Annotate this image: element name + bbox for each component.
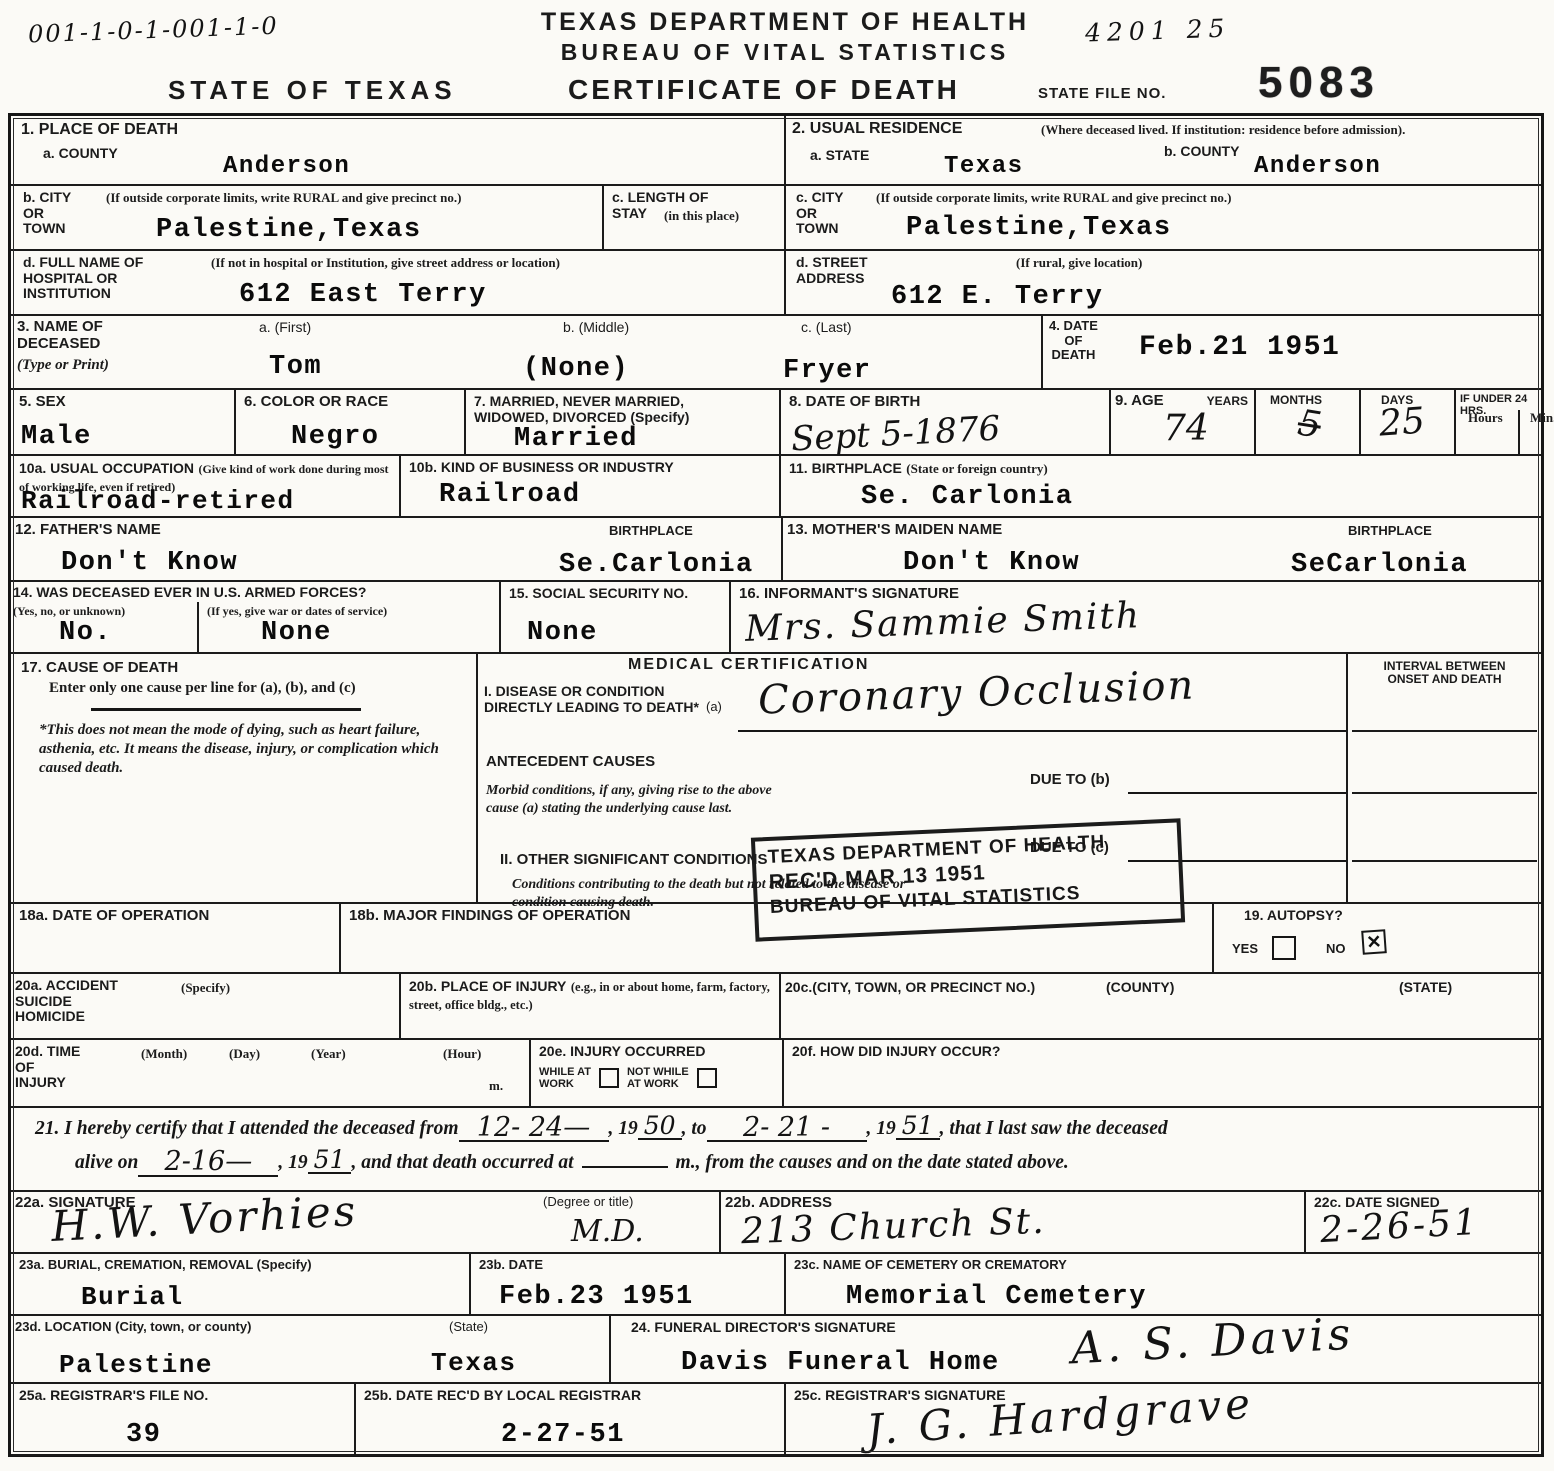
form-row: 20a. ACCIDENT SUICIDE HOMICIDE (Specify)… — [11, 974, 1541, 1040]
form-row: 10a. USUAL OCCUPATION (Give kind of work… — [11, 456, 1541, 518]
mothers-birthplace-label: BIRTHPLACE — [1348, 524, 1432, 539]
section-interval: INTERVAL BETWEEN ONSET AND DEATH — [1348, 654, 1541, 902]
medical-certification-title: MEDICAL CERTIFICATION — [628, 656, 869, 674]
cause-note-2: *This does not mean the mode of dying, s… — [39, 721, 439, 777]
industry-label: 10b. KIND OF BUSINESS OR INDUSTRY — [409, 460, 771, 476]
injury-city-label: 20c.(CITY, TOWN, OR PRECINCT NO.) — [785, 980, 1035, 996]
funeral-home-value: Davis Funeral Home — [681, 1348, 1000, 1378]
mothers-name-value: Don't Know — [903, 548, 1080, 578]
cause-note-1: Enter only one cause per line for (a), (… — [49, 679, 419, 699]
antecedent-causes-label: ANTECEDENT CAUSES — [486, 754, 655, 771]
section-physician-address: 22b. ADDRESS 213 Church St. — [721, 1192, 1306, 1252]
residence-state-label: a. STATE — [810, 148, 869, 164]
section-date-of-operation: 18a. DATE OF OPERATION — [11, 904, 341, 972]
city-hint: (If outside corporate limits, write RURA… — [106, 190, 586, 206]
funeral-director-signature: A. S. Davis — [1070, 1309, 1356, 1375]
form-row: 5. SEX Male 6. COLOR OR RACE Negro 7. MA… — [11, 390, 1541, 456]
fathers-birthplace-label: BIRTHPLACE — [609, 524, 693, 539]
last-name-label: c. (Last) — [801, 320, 852, 336]
street-address-value: 612 E. Terry — [891, 282, 1103, 312]
certify-text-5: m., from the causes and on the date stat… — [676, 1152, 1069, 1174]
section-place-of-death: 1. PLACE OF DEATH a. COUNTY Anderson b. … — [11, 116, 786, 314]
section-injury-occurred: 20e. INJURY OCCURRED WHILE AT WORK NOT W… — [531, 1040, 784, 1106]
while-at-work-checkbox — [599, 1068, 619, 1088]
informant-signature: Mrs. Sammie Smith — [744, 595, 1141, 650]
mothers-birthplace-value: SeCarlonia — [1291, 550, 1468, 580]
certificate-form: 1. PLACE OF DEATH a. COUNTY Anderson b. … — [8, 113, 1544, 1457]
injury-occurred-options: WHILE AT WORK NOT WHILE AT WORK — [539, 1066, 774, 1091]
residence-city-value: Palestine,Texas — [906, 213, 1172, 243]
place-of-death-county: 1. PLACE OF DEATH a. COUNTY Anderson — [11, 116, 784, 186]
section-marital-status: 7. MARRIED, NEVER MARRIED, WIDOWED, DIVO… — [466, 390, 781, 454]
date-of-death-label: 4. DATE OF DEATH — [1049, 319, 1098, 363]
date-of-death-value: Feb.21 1951 — [1139, 332, 1340, 363]
armed-forces-hint1: (Yes, no, or unknown) — [13, 604, 125, 619]
middle-name-label: b. (Middle) — [563, 320, 629, 336]
sex-label: 5. SEX — [19, 394, 226, 411]
form-row: 25a. REGISTRAR'S FILE NO. 39 25b. DATE R… — [11, 1384, 1541, 1456]
attended-from-value: 12- 24— — [459, 1116, 609, 1142]
age-days-value: 25 — [1378, 400, 1427, 444]
section-usual-residence: 2. USUAL RESIDENCE (Where deceased lived… — [786, 116, 1541, 314]
section-accident-suicide-homicide: 20a. ACCIDENT SUICIDE HOMICIDE (Specify) — [11, 974, 401, 1038]
burial-date-label: 23b. DATE — [479, 1258, 776, 1273]
not-while-at-work-label: NOT WHILE AT WORK — [627, 1066, 689, 1091]
section-color-or-race: 6. COLOR OR RACE Negro — [236, 390, 466, 454]
time-of-injury-label: 20d. TIME OF INJURY — [15, 1044, 80, 1091]
certify-line-1: 21. I hereby certify that I attended the… — [35, 1114, 1521, 1140]
header-state-of-texas: STATE OF TEXAS — [168, 76, 457, 105]
interval-rule-a — [1352, 730, 1537, 732]
certify-text-3: alive on — [75, 1152, 138, 1174]
interval-label: INTERVAL BETWEEN ONSET AND DEATH — [1356, 660, 1533, 687]
section-registrar-date: 25b. DATE REC'D BY LOCAL REGISTRAR 2-27-… — [356, 1384, 786, 1454]
length-of-stay-hint: (in this place) — [664, 208, 739, 224]
section-birthplace: 11. BIRTHPLACE (State or foreign country… — [781, 456, 1541, 516]
ssn-value: None — [527, 618, 598, 648]
degree-label: (Degree or title) — [543, 1195, 633, 1210]
accident-label: 20a. ACCIDENT SUICIDE HOMICIDE — [15, 978, 118, 1025]
how-injury-label: 20f. HOW DID INJURY OCCUR? — [792, 1044, 1533, 1060]
antecedent-note: Morbid conditions, if any, giving rise t… — [486, 782, 786, 817]
autopsy-no-checkbox-x-icon: ✕ — [1361, 929, 1387, 955]
certify-year1-pre: , 19 — [609, 1118, 638, 1140]
section-cause-of-death: 17. CAUSE OF DEATH Enter only one cause … — [11, 654, 478, 902]
occupation-value: Railroad-retired — [21, 486, 295, 516]
handwritten-numbers: 4201 25 — [1085, 13, 1231, 47]
injury-day-label: (Day) — [229, 1046, 260, 1062]
form-row: 22a. SIGNATURE H.W. Vorhies (Degree or t… — [11, 1192, 1541, 1254]
birthplace-value: Se. Carlonia — [861, 482, 1073, 512]
burial-value: Burial — [81, 1282, 184, 1312]
section-physician-signature: 22a. SIGNATURE H.W. Vorhies (Degree or t… — [11, 1192, 721, 1252]
injury-year-label: (Year) — [311, 1046, 346, 1062]
hours-min-divider — [1518, 410, 1520, 454]
while-at-work-label: WHILE AT WORK — [539, 1066, 591, 1091]
registrar-date-label: 25b. DATE REC'D BY LOCAL REGISTRAR — [364, 1388, 776, 1404]
section-ssn: 15. SOCIAL SECURITY NO. None — [501, 582, 731, 652]
other-significant-conditions-label: II. OTHER SIGNIFICANT CONDITIONS — [500, 852, 768, 869]
registrar-file-value: 39 — [126, 1420, 161, 1450]
burial-date-value: Feb.23 1951 — [499, 1282, 694, 1312]
section-certify-statement: 21. I hereby certify that I attended the… — [11, 1108, 1541, 1192]
section-age-under24: IF UNDER 24 HRS. Hours Min. — [1456, 390, 1541, 454]
residence-city-label: c. CITY OR TOWN — [796, 190, 843, 237]
cemetery-value: Memorial Cemetery — [846, 1282, 1147, 1312]
attended-to-year: 51 — [896, 1115, 940, 1140]
section-date-of-death: 4. DATE OF DEATH Feb.21 1951 — [1043, 316, 1541, 388]
residence-county-value: Anderson — [1254, 153, 1381, 180]
section-sex: 5. SEX Male — [11, 390, 236, 454]
disease-condition-label: I. DISEASE OR CONDITION DIRECTLY LEADING… — [484, 684, 699, 715]
hospital-label: d. FULL NAME OF HOSPITAL OR INSTITUTION — [23, 255, 143, 302]
section-name-of-deceased: 3. NAME OF DECEASED (Type or Print) a. (… — [11, 316, 1043, 388]
injury-hour-label: (Hour) — [443, 1046, 481, 1062]
min-label: Min. — [1530, 410, 1554, 426]
attended-to-value: 2- 21 - — [707, 1116, 867, 1142]
section-burial-date: 23b. DATE Feb.23 1951 — [471, 1254, 786, 1314]
age-years-label: YEARS — [1207, 395, 1248, 408]
location-state-value: Texas — [431, 1348, 517, 1378]
middle-name-value: (None) — [523, 354, 629, 384]
residence-state-county: 2. USUAL RESIDENCE (Where deceased lived… — [786, 116, 1541, 186]
section-usual-occupation: 10a. USUAL OCCUPATION (Give kind of work… — [11, 456, 401, 516]
hospital-hint: (If not in hospital or Institution, give… — [211, 255, 560, 271]
date-of-operation-label: 18a. DATE OF OPERATION — [19, 908, 331, 925]
place-of-death-title: 1. PLACE OF DEATH — [21, 121, 178, 139]
hospital-field: d. FULL NAME OF HOSPITAL OR INSTITUTION … — [11, 251, 784, 316]
form-row: 23a. BURIAL, CREMATION, REMOVAL (Specify… — [11, 1254, 1541, 1316]
section-industry: 10b. KIND OF BUSINESS OR INDUSTRY Railro… — [401, 456, 781, 516]
section-armed-forces: 14. WAS DECEASED EVER IN U.S. ARMED FORC… — [11, 582, 501, 652]
industry-value: Railroad — [439, 480, 581, 510]
autopsy-label: 19. AUTOPSY? — [1244, 908, 1343, 924]
form-row: 12. FATHER'S NAME BIRTHPLACE Don't Know … — [11, 518, 1541, 582]
usual-residence-title: 2. USUAL RESIDENCE — [792, 120, 962, 138]
section-age-days: DAYS 25 — [1361, 390, 1456, 454]
certify-text-4: , and that death occurred at — [351, 1152, 573, 1174]
street-address-hint: (If rural, give location) — [1016, 255, 1142, 271]
injury-m-label: m. — [489, 1078, 503, 1094]
section-mothers-name: 13. MOTHER'S MAIDEN NAME BIRTHPLACE Don'… — [783, 518, 1541, 580]
armed-forces-hint2: (If yes, give war or dates of service) — [207, 604, 387, 619]
state-file-no-value: 5083 — [1258, 58, 1380, 107]
certify-text-1: 21. I hereby certify that I attended the… — [35, 1118, 459, 1140]
section-burial-location: 23d. LOCATION (City, town, or county) (S… — [11, 1316, 611, 1382]
certificate-header: 001-1-0-1-001-1-0 TEXAS DEPARTMENT OF HE… — [0, 0, 1554, 113]
autopsy-yes-checkbox — [1272, 936, 1296, 960]
injury-state-label: (STATE) — [1399, 980, 1452, 996]
marital-label: 7. MARRIED, NEVER MARRIED, WIDOWED, DIVO… — [474, 394, 771, 425]
accident-hint: (Specify) — [181, 980, 230, 996]
first-name-label: a. (First) — [259, 320, 311, 336]
cause-a-line — [738, 730, 1346, 732]
birth-date-value: Sept 5-1876 — [790, 409, 1001, 460]
cause-of-death-label: 17. CAUSE OF DEATH — [21, 660, 466, 677]
sex-value: Male — [21, 422, 92, 452]
section-fathers-name: 12. FATHER'S NAME BIRTHPLACE Don't Know … — [11, 518, 783, 580]
section-informant: 16. INFORMANT'S SIGNATURE Mrs. Sammie Sm… — [731, 582, 1541, 652]
registrar-date-value: 2-27-51 — [501, 1420, 625, 1450]
not-while-at-work-checkbox — [697, 1068, 717, 1088]
cemetery-label: 23c. NAME OF CEMETERY OR CREMATORY — [794, 1258, 1533, 1273]
location-state-label: (State) — [449, 1320, 488, 1335]
section-injury-city: 20c.(CITY, TOWN, OR PRECINCT NO.) (COUNT… — [781, 974, 1541, 1038]
location-label: 23d. LOCATION (City, town, or county) — [15, 1320, 251, 1335]
cause-divider-rule — [91, 708, 361, 711]
section-burial: 23a. BURIAL, CREMATION, REMOVAL (Specify… — [11, 1254, 471, 1314]
city-or-town-field: b. CITY OR TOWN (If outside corporate li… — [11, 186, 604, 249]
section-age-months: MONTHS 5 — [1256, 390, 1361, 454]
armed-forces-label: 14. WAS DECEASED EVER IN U.S. ARMED FORC… — [13, 585, 366, 601]
section-funeral-director: 24. FUNERAL DIRECTOR'S SIGNATURE Davis F… — [611, 1316, 1541, 1382]
street-address-label: d. STREET ADDRESS — [796, 255, 868, 286]
autopsy-no-label: NO — [1326, 942, 1346, 957]
autopsy-yes-label: YES — [1232, 942, 1258, 957]
attended-from-year: 50 — [638, 1115, 682, 1140]
header-bureau: BUREAU OF VITAL STATISTICS — [505, 40, 1065, 66]
fathers-name-value: Don't Know — [61, 548, 238, 578]
section-date-of-birth: 8. DATE OF BIRTH Sept 5-1876 — [781, 390, 1111, 454]
certify-year3-pre: , 19 — [278, 1152, 307, 1174]
section-date-signed: 22c. DATE SIGNED 2-26-51 — [1306, 1192, 1541, 1252]
first-name-value: Tom — [269, 352, 322, 382]
injury-county-label: (COUNTY) — [1106, 980, 1174, 996]
age-months-value: 5 — [1295, 402, 1324, 446]
date-signed-value: 2-26-51 — [1319, 1202, 1481, 1251]
last-alive-value: 2-16— — [138, 1150, 278, 1176]
last-alive-year: 51 — [308, 1149, 352, 1174]
section-time-of-injury: 20d. TIME OF INJURY (Month) (Day) (Year)… — [11, 1040, 531, 1106]
last-name-value: Fryer — [783, 356, 872, 386]
certify-to-text: , to — [682, 1118, 707, 1140]
ssn-label: 15. SOCIAL SECURITY NO. — [509, 586, 721, 602]
length-of-stay-field: c. LENGTH OF STAY (in this place) — [604, 186, 784, 249]
form-row: 20d. TIME OF INJURY (Month) (Day) (Year)… — [11, 1040, 1541, 1108]
form-row: 23d. LOCATION (City, town, or county) (S… — [11, 1316, 1541, 1384]
burial-label: 23a. BURIAL, CREMATION, REMOVAL (Specify… — [19, 1258, 461, 1273]
form-row: 3. NAME OF DECEASED (Type or Print) a. (… — [11, 316, 1541, 390]
type-or-print-hint: (Type or Print) — [17, 356, 109, 375]
usual-residence-hint: (Where deceased lived. If institution: r… — [1041, 122, 1481, 138]
county-value: Anderson — [223, 153, 350, 180]
interval-rule-b — [1352, 792, 1537, 794]
certify-text-2: , that I last saw the deceased — [940, 1118, 1168, 1140]
mothers-name-label: 13. MOTHER'S MAIDEN NAME — [787, 522, 1002, 539]
section-autopsy: 19. AUTOPSY? YES NO ✕ — [1214, 904, 1541, 972]
city-value: Palestine,Texas — [156, 215, 422, 245]
occupation-label: 10a. USUAL OCCUPATION — [19, 460, 194, 476]
birthplace-hint: (State or foreign country) — [906, 461, 1047, 476]
death-certificate-scan: 001-1-0-1-001-1-0 TEXAS DEPARTMENT OF HE… — [0, 0, 1554, 1471]
section-place-of-injury: 20b. PLACE OF INJURY (e.g., in or about … — [401, 974, 781, 1038]
due-to-b-line — [1128, 792, 1346, 794]
handwritten-code: 001-1-0-1-001-1-0 — [28, 12, 279, 49]
section-registrar-signature: 25c. REGISTRAR'S SIGNATURE J. G. Hardgra… — [786, 1384, 1541, 1454]
disease-condition-a-tag: (a) — [706, 700, 722, 715]
location-city-value: Palestine — [59, 1350, 213, 1380]
section-age-years: 9. AGE YEARS 74 — [1111, 390, 1256, 454]
residence-city-field: c. CITY OR TOWN (If outside corporate li… — [786, 186, 1541, 251]
registrar-file-label: 25a. REGISTRAR'S FILE NO. — [19, 1388, 346, 1404]
age-years-value: 74 — [1163, 408, 1209, 449]
section-cemetery: 23c. NAME OF CEMETERY OR CREMATORY Memor… — [786, 1254, 1541, 1314]
marital-value: Married — [514, 424, 638, 454]
due-to-b-label: DUE TO (b) — [1030, 772, 1110, 789]
residence-state-value: Texas — [944, 153, 1024, 180]
certificate-title: CERTIFICATE OF DEATH — [568, 74, 960, 105]
injury-occurred-label: 20e. INJURY OCCURRED — [539, 1044, 774, 1060]
header-department: TEXAS DEPARTMENT OF HEALTH — [505, 8, 1065, 36]
form-row: 1. PLACE OF DEATH a. COUNTY Anderson b. … — [11, 116, 1541, 316]
fathers-birthplace-value: Se.Carlonia — [559, 550, 754, 580]
interval-rule-c — [1352, 860, 1537, 862]
section-registrar-file-no: 25a. REGISTRAR'S FILE NO. 39 — [11, 1384, 356, 1454]
race-value: Negro — [291, 422, 380, 452]
hospital-value: 612 East Terry — [239, 280, 487, 310]
certify-year2-pre: , 19 — [867, 1118, 896, 1140]
county-label: a. COUNTY — [43, 146, 118, 162]
residence-city-hint: (If outside corporate limits, write RURA… — [876, 190, 1436, 206]
injury-month-label: (Month) — [141, 1046, 187, 1062]
place-of-injury-label: 20b. PLACE OF INJURY — [409, 978, 566, 994]
race-label: 6. COLOR OR RACE — [244, 394, 456, 411]
degree-value: M.D. — [571, 1214, 644, 1249]
armed-forces-service-value: None — [261, 618, 332, 648]
section-how-injury-occurred: 20f. HOW DID INJURY OCCUR? — [784, 1040, 1541, 1106]
birth-date-label: 8. DATE OF BIRTH — [789, 394, 1101, 411]
death-hour-blank — [582, 1152, 668, 1168]
name-of-deceased-label: 3. NAME OF DECEASED — [17, 319, 103, 353]
funeral-director-label: 24. FUNERAL DIRECTOR'S SIGNATURE — [631, 1320, 896, 1336]
place-of-death-city-row: b. CITY OR TOWN (If outside corporate li… — [11, 186, 784, 251]
armed-forces-value: No. — [59, 618, 112, 648]
residence-county-label: b. COUNTY — [1164, 144, 1239, 160]
age-label: 9. AGE — [1115, 393, 1164, 410]
city-label: b. CITY OR TOWN — [23, 190, 71, 237]
received-stamp: TEXAS DEPARTMENT OF HEALTH REC'D MAR 13 … — [751, 818, 1185, 941]
fathers-name-label: 12. FATHER'S NAME — [15, 522, 161, 539]
form-row: 14. WAS DECEASED EVER IN U.S. ARMED FORC… — [11, 582, 1541, 654]
hours-label: Hours — [1468, 410, 1503, 426]
residence-street-field: d. STREET ADDRESS (If rural, give locati… — [786, 251, 1541, 316]
certify-line-2: alive on 2-16— , 19 51 , and that death … — [75, 1148, 1521, 1174]
armed-forces-divider — [197, 602, 199, 652]
birthplace-label: 11. BIRTHPLACE — [789, 460, 902, 476]
state-file-no-label: STATE FILE NO. — [1038, 86, 1166, 103]
